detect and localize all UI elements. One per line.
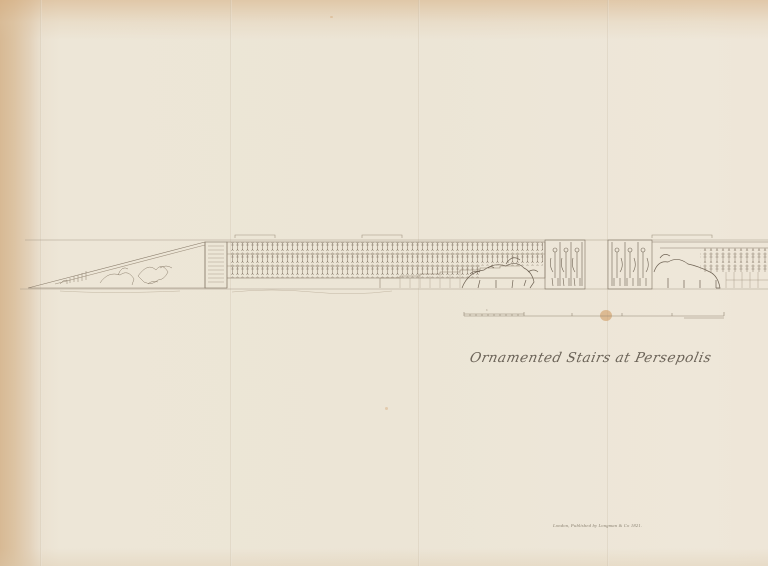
stairs-frieze-illustration (0, 228, 768, 304)
foxing-spot (330, 16, 333, 18)
scale-bar: 1 (462, 306, 726, 320)
publisher-imprint: London, Published by Longman & Co 1821. (553, 523, 642, 528)
svg-text:1: 1 (486, 308, 488, 312)
paper-stain-top (0, 0, 768, 40)
plate-title: Ornamented Stairs at Persepolis (468, 350, 731, 366)
procession-row-1 (229, 243, 543, 254)
stair-ramp (28, 242, 205, 288)
procession-row-2 (229, 255, 543, 266)
foxing-spot (385, 407, 388, 410)
paper-stain-bottom (0, 548, 768, 566)
guard-panel-left (550, 242, 582, 286)
guard-panel-right (612, 242, 648, 286)
procession-row-3 (229, 267, 479, 278)
engraved-plate: 1 Ornamented Stairs at Persepolis London… (0, 0, 768, 566)
